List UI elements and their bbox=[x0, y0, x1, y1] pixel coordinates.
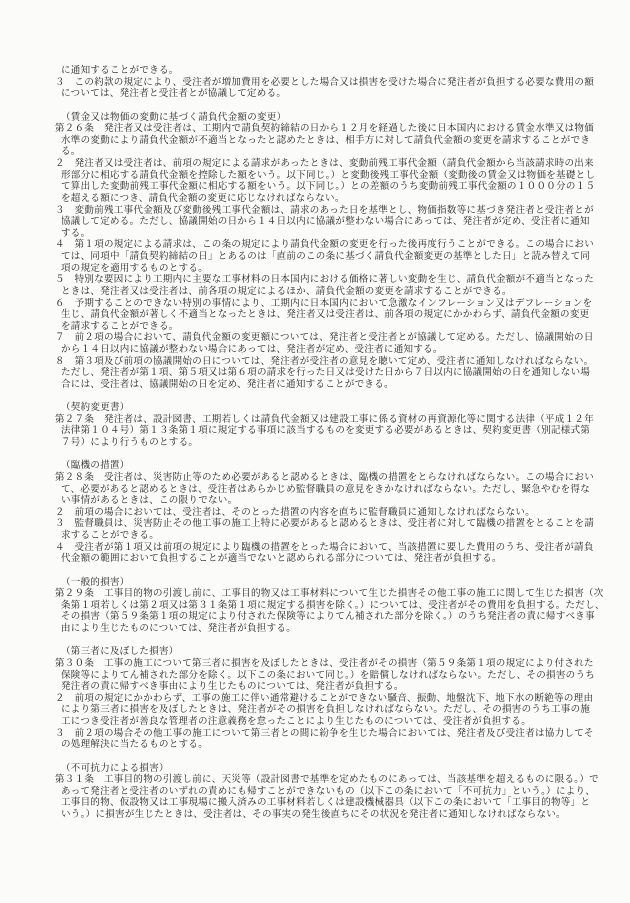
document-line: する。 bbox=[55, 229, 590, 241]
contract-document-page: に通知することができる。３ この約款の規定により、受注者が増加費用を必要とした場… bbox=[0, 0, 630, 903]
clause-first-line: ３ 前２項の場合その他工事の施工について第三者との間に紛争を生じた場合においては… bbox=[55, 729, 590, 741]
clause-first-line: ２ 前項の規定にかかわらず、工事の施工に伴い通常避けることができない騒音、振動、… bbox=[55, 694, 590, 706]
section-heading: （賃金又は物価の変動に基づく請負代金額の変更） bbox=[55, 113, 590, 125]
document-line: 工につき受注者が善良な管理者の注意義務を怠ったことにより生じたものについては、受… bbox=[55, 717, 590, 729]
document-line: い事情があるときは、この限りでない。 bbox=[55, 496, 590, 508]
clause-first-line: ３ 監督職員は、災害防止その他工事の施工上特に必要があると認めるときは、受注者に… bbox=[55, 519, 590, 531]
clause-first-line: ４ 第１項の規定による請求は、この条の規定により請負代金額の変更を行った後再度行… bbox=[55, 240, 590, 252]
blank-line bbox=[55, 101, 590, 113]
section-heading: （一般的損害） bbox=[55, 578, 590, 590]
document-line: 工事目的物、仮設物又は工事現場に搬入済みの工事材料若しくは建設機械器具（以下この… bbox=[55, 798, 590, 810]
document-line: その損害（第５９条第１項の規定により付された保険等によりてん補された部分を除く。… bbox=[55, 612, 590, 624]
document-line: に通知することができる。 bbox=[55, 66, 590, 78]
document-line: 保険等によりてん補された部分を除く。以下この条において同じ。）を賠償しなければな… bbox=[55, 671, 590, 683]
document-text-block: に通知することができる。３ この約款の規定により、受注者が増加費用を必要とした場… bbox=[55, 66, 590, 822]
blank-line bbox=[55, 450, 590, 462]
clause-first-line: ８ 第３項及び前項の協議開始の日については、発注者が受注者の意見を聴いて定め、受… bbox=[55, 357, 590, 369]
clause-first-line: ３ 変動前残工事代金額及び変動後残工事代金額は、請求のあった日を基準とし、物価指… bbox=[55, 206, 590, 218]
section-heading: （契約変更書） bbox=[55, 403, 590, 415]
document-line: て、必要があると認めるときは、受注者はあらかじめ監督職員の意見をきかなければなら… bbox=[55, 485, 590, 497]
document-line: あって発注者と受注者のいずれの責めにも帰すことができないもの（以下この条において… bbox=[55, 787, 590, 799]
clause-first-line: ５ 特別な要因により工期内に主要な工事材料の日本国内における価格に著しい変動を生… bbox=[55, 275, 590, 287]
section-heading: （不可抗力による損害） bbox=[55, 764, 590, 776]
document-line: 水準の変動により請負代金額が不適当となったと認めたときは、相手方に対して請負代金… bbox=[55, 136, 590, 148]
document-line: 生じ、請負代金額が著しく不適当となったときは、発注者又は受注者は、前各項の規定に… bbox=[55, 310, 590, 322]
document-line: ては、同項中「請負契約締結の日」とあるのは「直前のこの条に基づく請負代金額変更の… bbox=[55, 252, 590, 264]
document-line: 求することができる。 bbox=[55, 531, 590, 543]
clause-first-line: ６ 予期することのできない特別の事情により、工期内に日本国内において急激なインフ… bbox=[55, 299, 590, 311]
document-line: の処理解決に当たるものとする。 bbox=[55, 740, 590, 752]
article-first-line: 第２９条 工事目的物の引渡し前に、工事目的物又は工事材料について生じた損害その他… bbox=[55, 589, 590, 601]
clause-first-line: ４ 受注者が第１項又は前項の規定により臨機の措置をとった場合において、当該措置に… bbox=[55, 543, 590, 555]
document-line: いう。）に損害が生じたときは、受注者は、その事実の発生後直ちにその状況を発注者に… bbox=[55, 810, 590, 822]
blank-line bbox=[55, 392, 590, 404]
clause-first-line: ７ 前２項の場合において、請負代金額の変更額については、発注者と受注者とが協議し… bbox=[55, 333, 590, 345]
document-line: ７号）により行うものとする。 bbox=[55, 438, 590, 450]
clause-first-line: ２ 発注者又は受注者は、前項の規定による請求があったときは、変動前残工事代金額（… bbox=[55, 159, 590, 171]
document-line: る。 bbox=[55, 147, 590, 159]
article-first-line: 第２７条 発注者は、設計図書、工期若しくは請負代金額又は建設工事に係る資材の再資… bbox=[55, 415, 590, 427]
blank-line bbox=[55, 752, 590, 764]
blank-line bbox=[55, 566, 590, 578]
document-line: については、発注者と受注者とが協議して定める。 bbox=[55, 89, 590, 101]
article-first-line: 第２８条 受注者は、災害防止等のため必要があると認めるときは、臨機の措置をとらな… bbox=[55, 473, 590, 485]
document-line: を請求することができる。 bbox=[55, 322, 590, 334]
document-line: 法律第１０４号）第１３条第１項に規定する事項に該当するものを変更する必要があると… bbox=[55, 426, 590, 438]
section-heading: （第三者に及ぼした損害） bbox=[55, 647, 590, 659]
clause-first-line: ２ 前項の場合においては、受注者は、そのとった措置の内容を直ちに監督職員に通知し… bbox=[55, 508, 590, 520]
document-line: ときは、発注者又は受注者は、前各項の規定によるほか、請負代金額の変更を請求するこ… bbox=[55, 287, 590, 299]
document-line: 条第１項若しくは第２項又は第３１条第１項に規定する損害を除く。）については、受注… bbox=[55, 601, 590, 613]
clause-first-line: ３ この約款の規定により、受注者が増加費用を必要とした場合又は損害を受けた場合に… bbox=[55, 78, 590, 90]
article-first-line: 第３０条 工事の施工について第三者に損害を及ぼしたときは、受注者がその損害（第５… bbox=[55, 659, 590, 671]
document-line: を超える額につき、請負代金額の変更に応じなければならない。 bbox=[55, 194, 590, 206]
article-first-line: 第３１条 工事目的物の引渡し前に、天災等（設計図書で基準を定めたものにあっては、… bbox=[55, 775, 590, 787]
document-line: 発注者の責に帰すべき事由により生じたものについては、発注者が負担する。 bbox=[55, 682, 590, 694]
document-line: ただし、発注者が第１項、第５項又は第６項の請求を行った日又は受けた日から７日以内… bbox=[55, 368, 590, 380]
section-heading: （臨機の措置） bbox=[55, 461, 590, 473]
document-line: 合には、受注者は、協議開始の日を定め、発注者に通知することができる。 bbox=[55, 380, 590, 392]
document-line: 形部分に相応する請負代金額を控除した額をいう。以下同じ。）と変動後残工事代金額（… bbox=[55, 171, 590, 183]
document-line: により第三者に損害を及ぼしたときは、発注者がその損害を負担しなければならない。た… bbox=[55, 705, 590, 717]
article-first-line: 第２６条 発注者又は受注者は、工期内で請負契約締結の日から１２月を経過した後に日… bbox=[55, 124, 590, 136]
document-line: 協議して定める。ただし、協議開始の日から１４日以内に協議が整わない場合にあっては… bbox=[55, 217, 590, 229]
document-line: から１４日以内に協議が整わない場合にあっては、発注者が定め、受注者に通知する。 bbox=[55, 345, 590, 357]
document-line: 代金額の範囲において負担することが適当でないと認められる部分については、発注者が… bbox=[55, 554, 590, 566]
document-line: 由により生じたものについては、発注者が負担する。 bbox=[55, 624, 590, 636]
document-line: て算出した変動前残工事代金額に相応する額をいう。以下同じ。）との差額のうち変動前… bbox=[55, 182, 590, 194]
document-line: 項の規定を適用するものとする。 bbox=[55, 264, 590, 276]
blank-line bbox=[55, 636, 590, 648]
